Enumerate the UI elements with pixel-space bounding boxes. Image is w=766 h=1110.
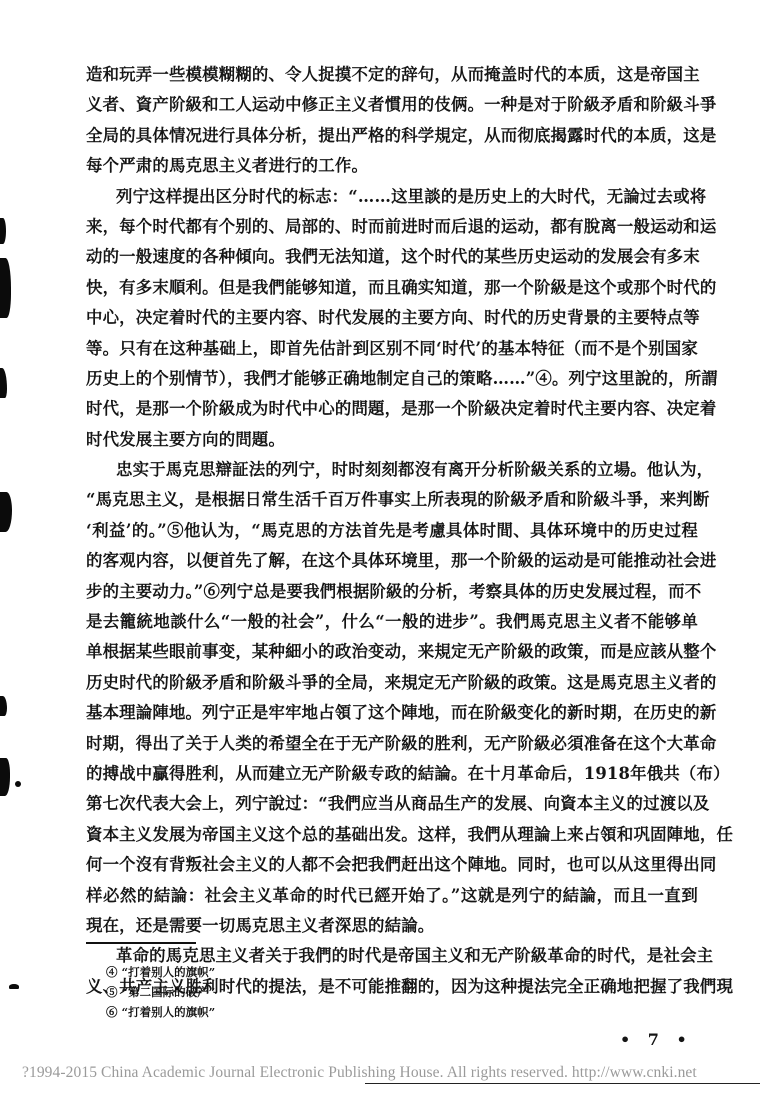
copyright-underline [365, 1083, 760, 1084]
footnote-6: ⑥ “打着别人的旗帜” [106, 1002, 215, 1022]
text-line: 忠实于馬克思辯証法的列宁，时时刻刻都沒有离开分析阶級关系的立場。他认为， [86, 455, 698, 485]
scanned-page: 造和玩弄一些模模糊糊的、令人捉摸不定的辞句，从而掩盖时代的本质，这是帝国主 义者… [0, 0, 766, 1110]
scan-artifact [9, 984, 19, 989]
text-line: 步的主要动力。”⑥列宁总是要我們根据阶級的分析，考察具体的历史发展过程，而不 [86, 577, 698, 607]
paragraph-1: 造和玩弄一些模模糊糊的、令人捉摸不定的辞句，从而掩盖时代的本质，这是帝国主 义者… [86, 60, 698, 182]
page-number: • 7 • [620, 1030, 693, 1049]
scan-artifact [0, 492, 12, 532]
text-line: 样必然的結論：社会主义革命的时代已經开始了。”这就是列宁的結論，而且一直到 [86, 881, 698, 911]
text-line: 全局的具体情况进行具体分析，提出严格的科学規定，从而彻底揭露时代的本质，这是 [86, 121, 698, 151]
text-line: 快，有多末順利。但是我們能够知道，而且确实知道，那一个阶級是这个或那个时代的 [86, 273, 698, 303]
paragraph-2: 列宁这样提出区分时代的标志：“……这里談的是历史上的大时代，无論过去或将 来，每… [86, 182, 698, 456]
text-line: 現在，还是需要一切馬克思主义者深思的結論。 [86, 911, 698, 941]
footnote-divider [86, 942, 196, 944]
text-line: “馬克思主义，是根据日常生活千百万件事实上所表現的阶級矛盾和阶級斗爭，来判断 [86, 485, 698, 515]
footnote-4: ④ “打着别人的旗帜” [106, 962, 215, 982]
text-line: 动的一般速度的各种傾向。我們无法知道，这个时代的某些历史运动的发展会有多末 [86, 242, 698, 272]
scan-artifact [0, 258, 11, 318]
text-line: 資本主义发展为帝国主义这个总的基础出发。这样，我們从理論上来占領和巩固陣地，任 [86, 820, 698, 850]
scan-artifact [15, 781, 21, 787]
text-line: 的搏战中贏得胜利，从而建立无产阶級专政的結論。在十月革命后，1918年俄共（布） [86, 759, 698, 789]
scan-artifact [0, 758, 10, 796]
text-line: 中心，决定着时代的主要内容、时代发展的主要方向、时代的历史背景的主要特点等 [86, 303, 698, 333]
text-line: 历史上的个别情节），我們才能够正确地制定自己的策略……”④。列宁这里說的，所謂 [86, 364, 698, 394]
text-line: 何一个沒有背叛社会主义的人都不会把我們赶出这个陣地。同时，也可以从这里得出同 [86, 850, 698, 880]
footnote-5: ⑤ “第二国际的破产” [106, 982, 215, 1002]
text-line: 的客观内容，以便首先了解，在这个具体环境里，那一个阶級的运动是可能推动社会进 [86, 546, 698, 576]
text-line: 每个严肃的馬克思主义者进行的工作。 [86, 151, 698, 181]
paragraph-3: 忠实于馬克思辯証法的列宁，时时刻刻都沒有离开分析阶級关系的立場。他认为， “馬克… [86, 455, 698, 941]
scan-artifact [0, 696, 7, 716]
text-line: 时代，是那一个阶級成为时代中心的問題，是那一个阶級决定着时代主要内容、决定着 [86, 394, 698, 424]
text-line: 时代发展主要方向的問題。 [86, 425, 698, 455]
text-line: 第七次代表大会上，列宁說过：“我們应当从商品生产的发展、向資本主义的过渡以及 [86, 789, 698, 819]
scan-artifact [0, 218, 6, 244]
footnotes: ④ “打着别人的旗帜” ⑤ “第二国际的破产” ⑥ “打着别人的旗帜” [106, 962, 215, 1022]
text-line: 基本理論陣地。列宁正是牢牢地占領了这个陣地，而在阶級变化的新时期，在历史的新 [86, 698, 698, 728]
body-text: 造和玩弄一些模模糊糊的、令人捉摸不定的辞句，从而掩盖时代的本质，这是帝国主 义者… [86, 60, 698, 1002]
text-line: 等。只有在这种基础上，即首先估計到区别不同‘时代’的基本特征（而不是个别国家 [86, 334, 698, 364]
text-line: 单根据某些眼前事变，某种細小的政治变动，来規定无产阶級的政策，而是应該从整个 [86, 637, 698, 667]
text-line: 历史时代的阶級矛盾和阶級斗爭的全局，来規定无产阶級的政策。这是馬克思主义者的 [86, 668, 698, 698]
scan-artifact [0, 368, 7, 398]
text-line: 来，每个时代都有个别的、局部的、时而前进时而后退的运动，都有脫离一般运动和运 [86, 212, 698, 242]
text-line: 义者、資产阶級和工人运动中修正主义者慣用的伎俩。一种是对于阶級矛盾和阶級斗爭 [86, 90, 698, 120]
text-line: 是去籠統地談什么“一般的社会”，什么“一般的进步”。我們馬克思主义者不能够单 [86, 607, 698, 637]
text-line: 列宁这样提出区分时代的标志：“……这里談的是历史上的大时代，无論过去或将 [86, 182, 698, 212]
text-line: 时期，得出了关于人类的希望全在于无产阶級的胜利，无产阶級必須准备在这个大革命 [86, 729, 698, 759]
text-line: 造和玩弄一些模模糊糊的、令人捉摸不定的辞句，从而掩盖时代的本质，这是帝国主 [86, 60, 698, 90]
copyright-notice: ?1994-2015 China Academic Journal Electr… [22, 1064, 762, 1082]
text-line: ‘利益’的。”⑤他认为，“馬克思的方法首先是考慮具体时間、具体环境中的历史过程 [86, 516, 698, 546]
